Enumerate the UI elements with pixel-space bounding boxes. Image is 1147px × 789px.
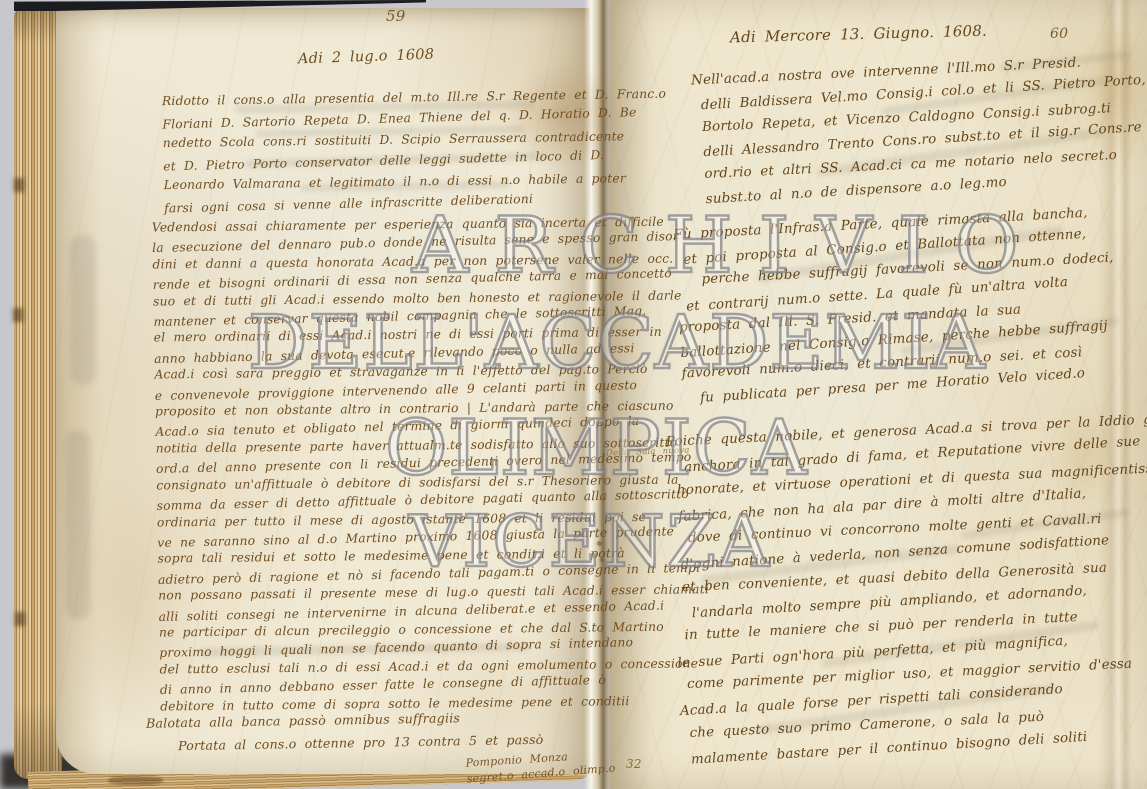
watermark-line-olimpica: OLIMPICA bbox=[385, 403, 808, 492]
fore-edge-notch bbox=[15, 612, 25, 626]
manuscript-scan: 59 Adi 2 lug.o 1608 Ridotto il cons.o al… bbox=[0, 0, 1147, 789]
page-number-left: 59 bbox=[386, 7, 406, 25]
watermark-line-vicenza: VICENZA bbox=[409, 500, 771, 583]
fore-edge-notch bbox=[14, 178, 24, 192]
council-attendance-paragraph: Ridotto il cons.o alla presentia del m.t… bbox=[162, 84, 590, 219]
folio-number: 32 bbox=[626, 757, 642, 771]
fore-edge-notch bbox=[13, 308, 23, 322]
watermark-line-dellaccademia: DELL'ACCADEMIA bbox=[248, 300, 986, 386]
attendance-paragraph: Nell'acad.a nostra ove intervenne l'Ill.… bbox=[691, 49, 1108, 211]
book-fore-edge bbox=[14, 7, 62, 779]
page-number-right: 60 bbox=[1050, 26, 1068, 42]
watermark-line-archivio: ARCHIVIO bbox=[412, 201, 1045, 291]
ink-speck bbox=[108, 776, 163, 785]
show-through-mark bbox=[70, 235, 96, 385]
